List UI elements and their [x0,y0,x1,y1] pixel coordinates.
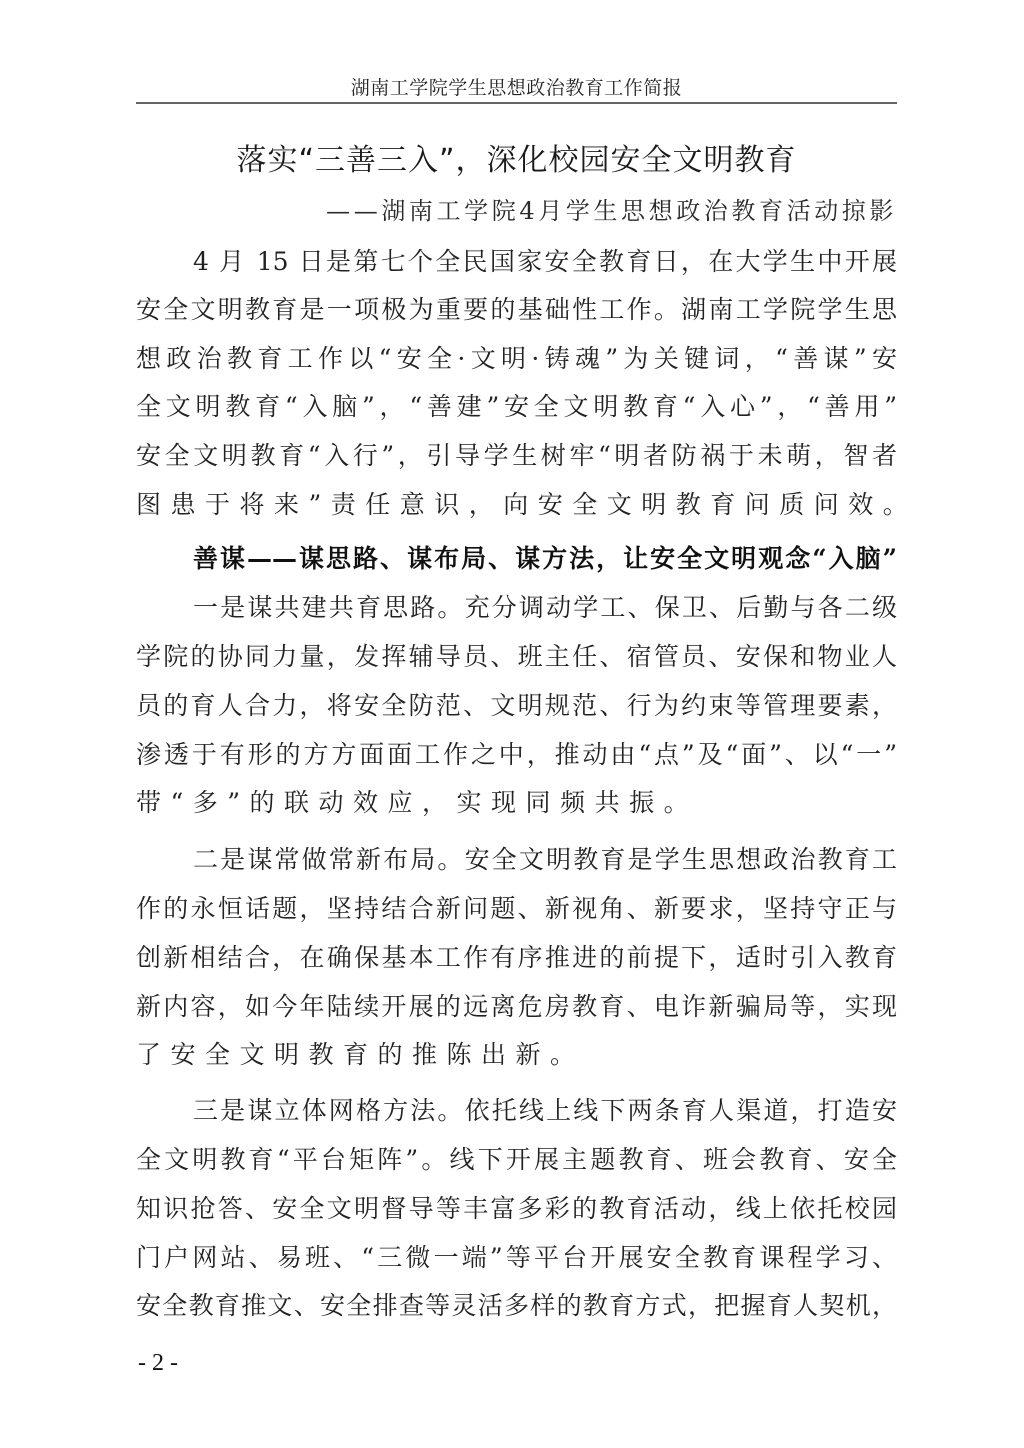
running-header: 湖南工学院学生思想政治教育工作简报 [136,73,897,103]
paragraph-4-line-5: 安全教育推文、安全排查等灵活多样的教育方式，把握育人契机， [136,1288,897,1324]
article-title: 落实“三善三入”，深化校园安全文明教育 [136,140,897,182]
paragraph-2-line-5: 带“多”的联动效应，实现同频共振。 [136,785,897,821]
paragraph-1-line-5: 安全文明教育“入行”，引导学生树牢“明者防祸于未萌，智者 [136,438,897,474]
paragraph-1-line-1: 4 月 15 日是第七个全民国家安全教育日，在大学生中开展 [193,244,897,280]
paragraph-4-line-3: 知识抢答、安全文明督导等丰富多彩的教育活动，线上依托校园 [136,1191,897,1227]
paragraph-4-line-4: 门户网站、易班、“三微一端”等平台开展安全教育课程学习、 [136,1240,897,1276]
paragraph-3-line-4: 新内容，如今年陆续开展的远离危房教育、电诈新骗局等，实现 [136,989,897,1025]
document-page: 湖南工学院学生思想政治教育工作简报 落实“三善三入”，深化校园安全文明教育 ——… [0,0,1024,1448]
paragraph-1-line-2: 安全文明教育是一项极为重要的基础性工作。湖南工学院学生思 [136,292,897,328]
page-number: - 2 - [138,1349,178,1377]
paragraph-1-line-4: 全文明教育“入脑”，“善建”安全文明教育“入心”，“善用” [136,389,897,425]
paragraph-4-line-1: 三是谋立体网格方法。依托线上线下两条育人渠道，打造安 [193,1093,897,1129]
paragraph-3-line-2: 作的永恒话题，坚持结合新问题、新视角、新要求，坚持守正与 [136,891,897,927]
paragraph-3-line-5: 了安全文明教育的推陈出新。 [136,1037,897,1073]
paragraph-2-line-1: 一是谋共建共育思路。充分调动学工、保卫、后勤与各二级 [193,590,897,626]
paragraph-2-line-3: 员的育人合力，将安全防范、文明规范、行为约束等管理要素， [136,688,897,724]
paragraph-1-line-6: 图患于将来”责任意识，向安全文明教育问质问效。 [136,487,897,523]
paragraph-2-line-4: 渗透于有形的方方面面工作之中，推动由“点”及“面”、以“一” [136,737,897,773]
paragraph-3-line-3: 创新相结合，在确保基本工作有序推进的前提下，适时引入教育 [136,940,897,976]
header-rule [136,102,897,104]
paragraph-3-line-1: 二是谋常做常新布局。安全文明教育是学生思想政治教育工 [193,842,897,878]
paragraph-2-line-2: 学院的协同力量，发挥辅导员、班主任、宿管员、安保和物业人 [136,639,897,675]
paragraph-4-line-2: 全文明教育“平台矩阵”。线下开展主题教育、班会教育、安全 [136,1142,897,1178]
section-heading-shanmou: 善谋——谋思路、谋布局、谋方法，让安全文明观念“入脑” [193,541,897,577]
paragraph-1-line-3: 想政治教育工作以“安全·文明·铸魂”为关键词，“善谋”安 [136,341,897,377]
article-subtitle: ——湖南工学院4月学生思想政治教育活动掠影 [136,193,897,229]
